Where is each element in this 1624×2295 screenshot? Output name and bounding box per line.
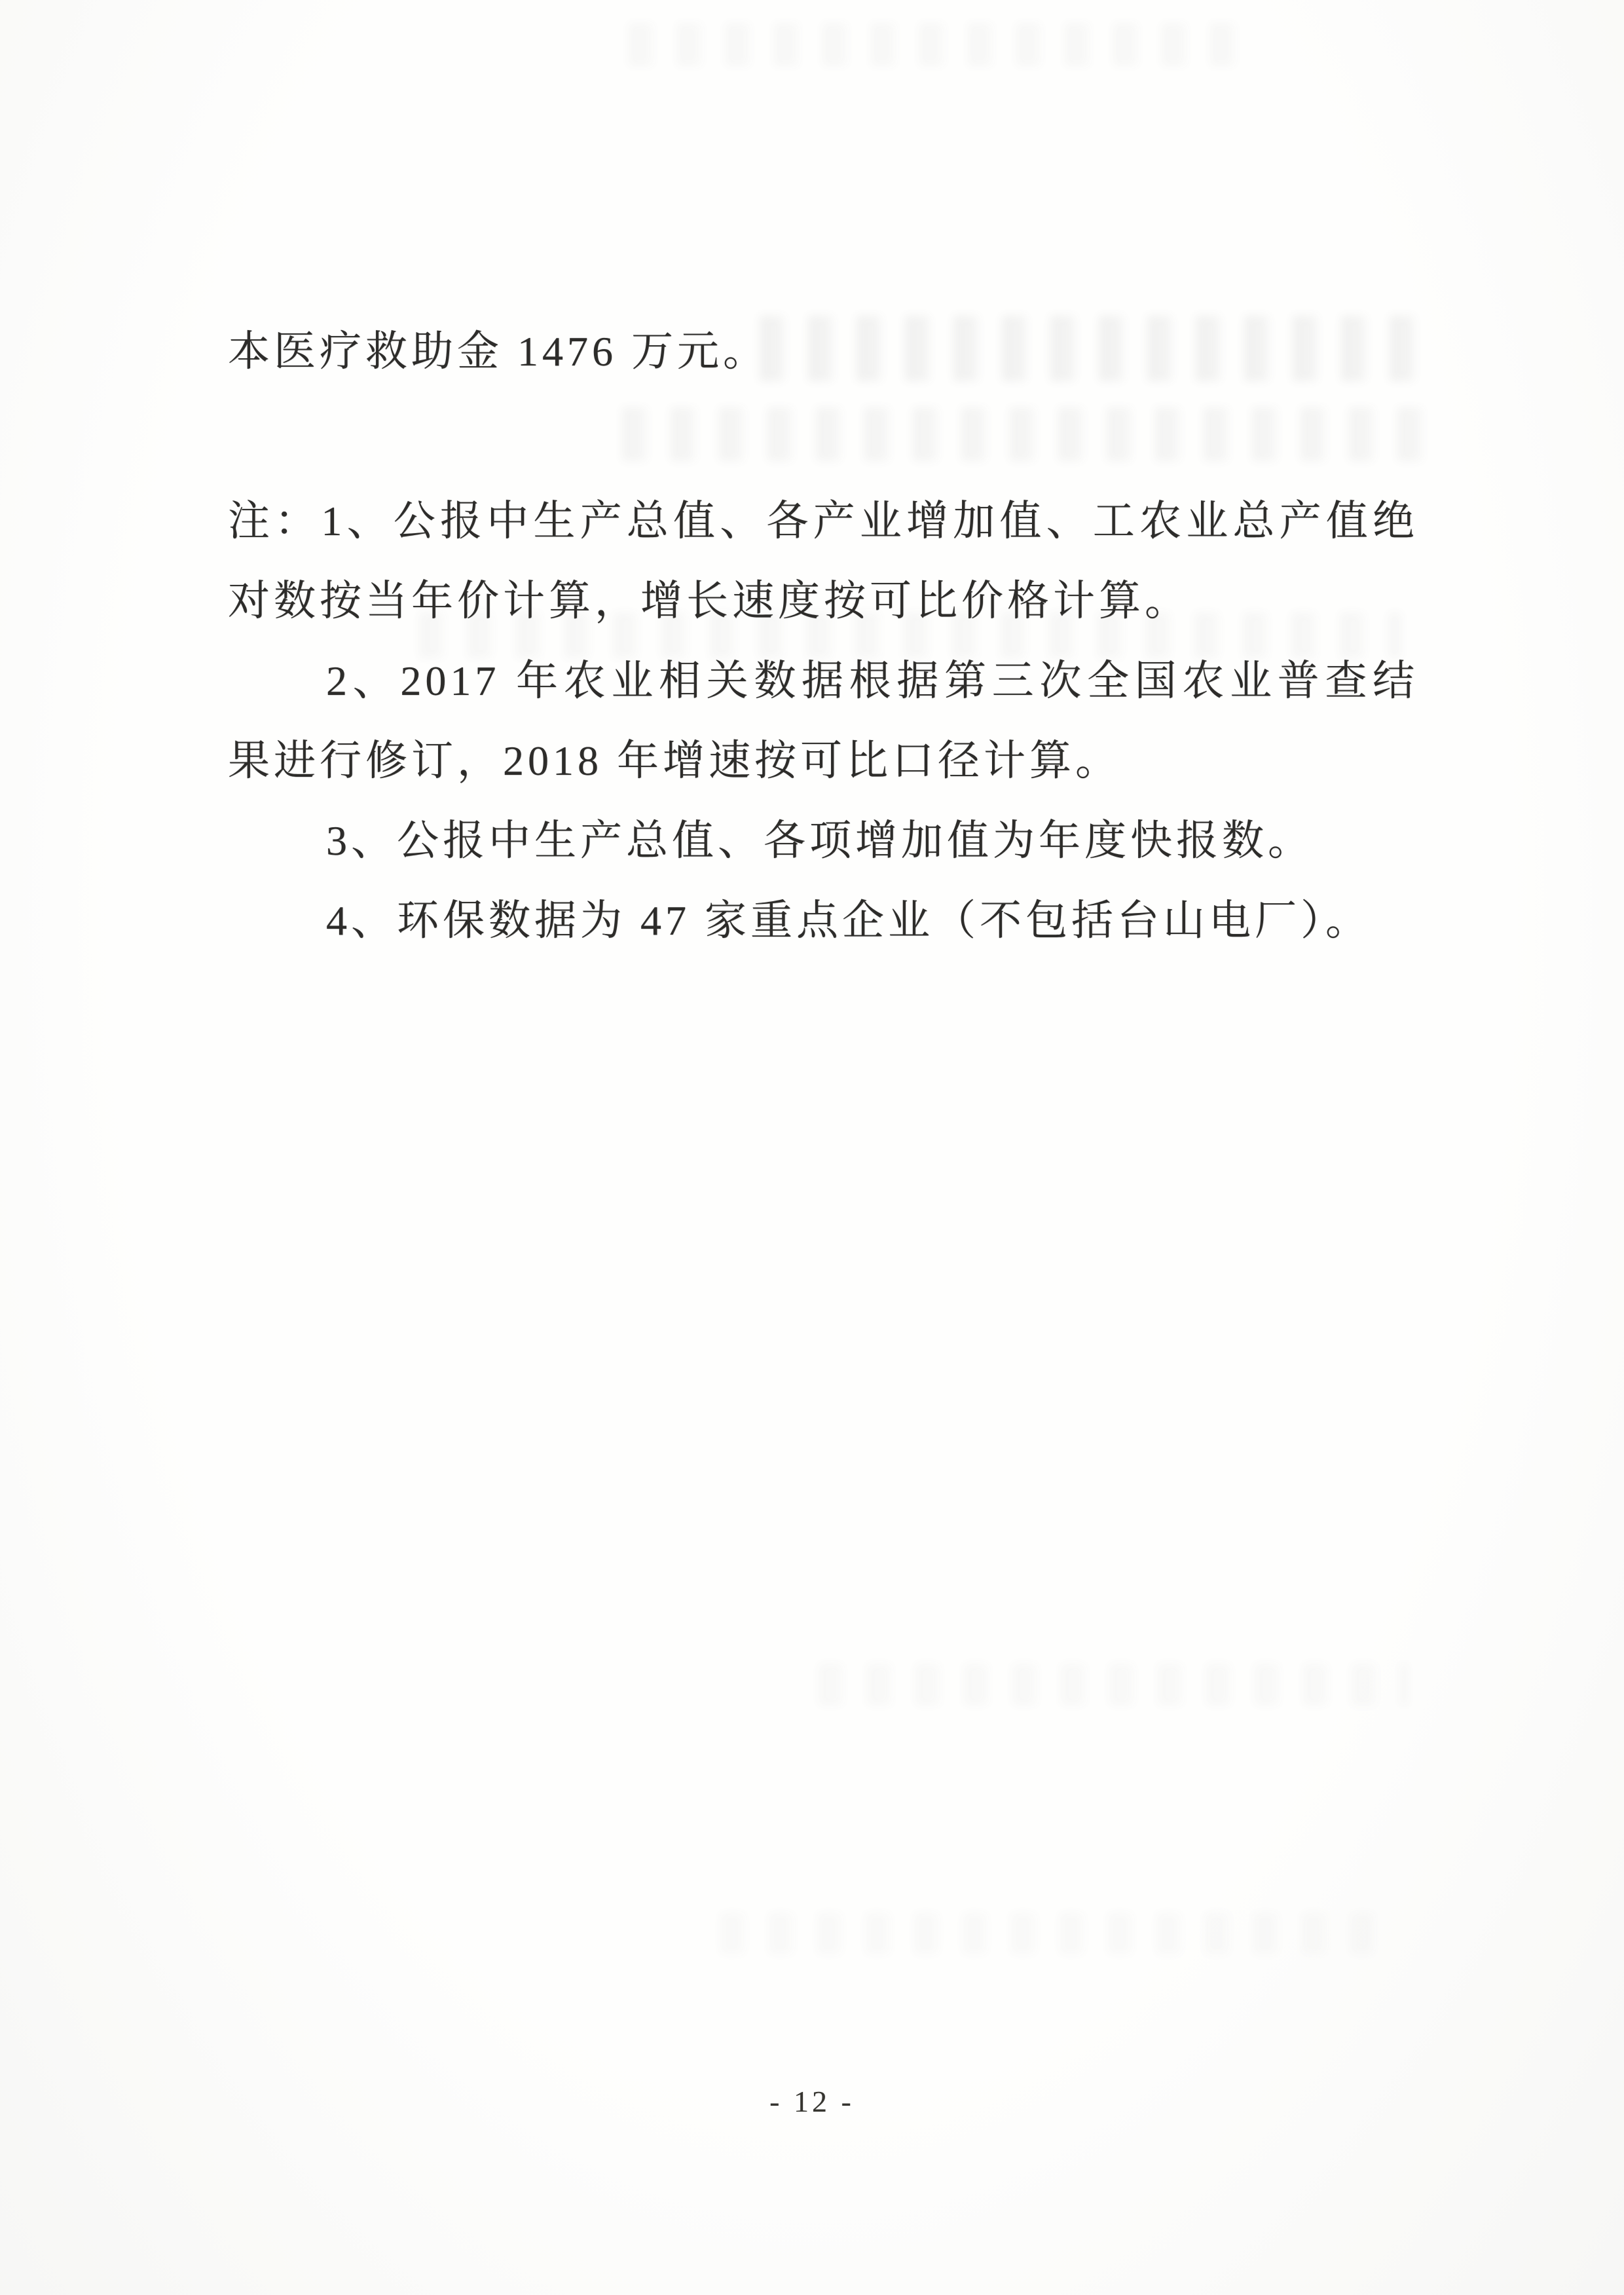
note-3-line: 3、公报中生产总值、各项增加值为年度快报数。 xyxy=(228,815,1314,867)
bleed-through-artifact xyxy=(629,23,1238,66)
paragraph-continuation-line: 本医疗救助金 1476 万元。 xyxy=(228,326,769,378)
bleed-through-artifact xyxy=(622,407,1434,461)
page-number: - 12 - xyxy=(0,2084,1624,2119)
bleed-through-artifact xyxy=(720,1912,1375,1954)
bleed-through-artifact xyxy=(819,1664,1408,1706)
note-2-line-2: 果进行修订，2018 年增速按可比口径计算。 xyxy=(228,735,1121,787)
bleed-through-artifact xyxy=(760,316,1421,381)
note-2-line-1: 2、2017 年农业相关数据根据第三次全国农业普查结 xyxy=(228,655,1418,707)
scanned-document-page: 本医疗救助金 1476 万元。 注：1、公报中生产总值、各产业增加值、工农业总产… xyxy=(0,0,1624,2295)
note-1-line-1: 注：1、公报中生产总值、各产业增加值、工农业总产值绝 xyxy=(228,495,1418,548)
note-1-line-2: 对数按当年价计算，增长速度按可比价格计算。 xyxy=(228,575,1190,627)
note-4-line: 4、环保数据为 47 家重点企业（不包括台山电厂）。 xyxy=(228,895,1371,947)
